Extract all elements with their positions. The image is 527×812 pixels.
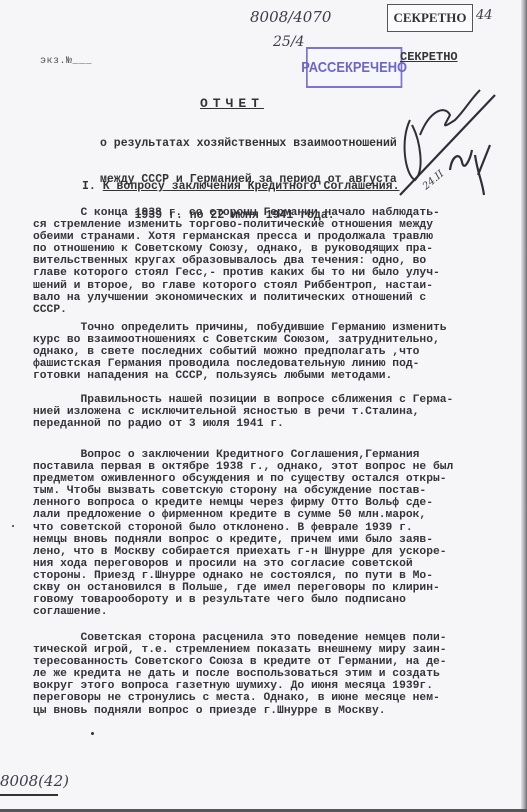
paragraph-line: ся стремление изменить торгово-политичес… xyxy=(33,219,513,231)
signature-icon: 24.II xyxy=(390,80,500,200)
ink-speck xyxy=(12,525,14,527)
paragraph-line: однако, в свете последних событий можно … xyxy=(33,346,513,358)
ink-speck xyxy=(91,732,94,735)
paragraph-line: что советской стороной было отклонено. В… xyxy=(33,522,513,534)
paragraph-line: говому товарообороту и в результате чего… xyxy=(33,594,513,606)
subtitle-line: о результатах хозяйственных взаимоотноше… xyxy=(100,138,397,150)
paragraph-line: нией изложена с исключительной ясностью … xyxy=(33,406,513,418)
section-heading: I. К вопросу заключения Кредитного Согла… xyxy=(82,180,399,193)
declassified-stamp-text: РАССЕКРЕЧЕНО xyxy=(301,59,407,76)
registration-date: 25/4 xyxy=(273,34,304,50)
paragraph-line: вало на улучшении экономических и полити… xyxy=(33,292,513,304)
paragraph-line: переданной по радио от 3 июля 1941 г. xyxy=(33,418,513,430)
paragraph-line: тической игрой, т.е. стремлением показат… xyxy=(33,644,513,656)
archive-mark-underline xyxy=(0,794,58,796)
secret-stamp: СЕКРЕТНО xyxy=(387,4,473,32)
paragraph-line: обеими странами. Хотя германская пресса … xyxy=(33,231,513,243)
declassified-stamp: РАССЕКРЕЧЕНО xyxy=(306,47,402,88)
paragraph-line: цы вновь подняли вопрос о приезде г.Шнур… xyxy=(33,705,513,717)
paragraph-line: предметом оживленного обсуждения и по су… xyxy=(33,473,513,485)
paragraph-4: Вопрос о заключении Кредитного Соглашени… xyxy=(33,449,513,618)
document-title: ОТЧЕТ xyxy=(200,96,264,111)
paragraph-line: лено, что в Москву собирается приехать г… xyxy=(33,546,513,558)
document-page: 8008/4070 25/4 СЕКРЕТНО 44 экз.№___ РАСС… xyxy=(0,0,527,812)
paragraph-line: курс во взаимоотношениях с Советским Сою… xyxy=(33,334,513,346)
paragraph-line: по отношению к Советскому Союзу, однако,… xyxy=(33,243,513,255)
paragraph-line: немцы вновь подняли вопрос о кредите, пр… xyxy=(33,534,513,546)
copy-number-label: экз.№___ xyxy=(40,56,92,67)
page-number: 44 xyxy=(476,8,493,23)
paragraph-line: ленного вопроса о кредите немцы через фи… xyxy=(33,497,513,509)
paragraph-1: С конца 1938 г. со стороны Германии нача… xyxy=(33,207,513,316)
paragraph-line: фашистская Германия проводила последоват… xyxy=(33,358,513,370)
paragraph-line: готовки нападения на СССР, пользуясь люб… xyxy=(33,370,513,382)
paragraph-line: тым. Чтобы вызвать советскую сторону на … xyxy=(33,485,513,497)
paragraph-line: ния хода переговоров и просили на это со… xyxy=(33,558,513,570)
archive-mark: 8008(42) xyxy=(0,772,69,790)
paragraph-2: Точно определить причины, побудившие Гер… xyxy=(33,322,513,382)
paragraph-line: стороны. Приезд г.Шнурре однако не состо… xyxy=(33,570,513,582)
paragraph-line: вокруг этого вопроса газетную шумиху. До… xyxy=(33,680,513,692)
paragraph-line: лали предложение о фирменном кредите в с… xyxy=(33,509,513,521)
paragraph-line: переговоры не стронулись с места. Однако… xyxy=(33,692,513,704)
paragraph-line: С конца 1938 г. со стороны Германии нача… xyxy=(33,207,513,219)
paragraph-5: Советская сторона расценила это поведени… xyxy=(33,632,513,717)
paragraph-line: соглашение. xyxy=(33,606,513,618)
secret-typed-label: СЕКРЕТНО xyxy=(400,50,458,64)
secret-stamp-text: СЕКРЕТНО xyxy=(394,10,467,26)
paragraph-line: Правильность нашей позиции в вопросе сбл… xyxy=(33,394,513,406)
paragraph-line: Советская сторона расценила это поведени… xyxy=(33,632,513,644)
paragraph-line: шений и второе, во главе которого стоял … xyxy=(33,280,513,292)
paragraph-line: главе которого стоял Гесс,- против каких… xyxy=(33,267,513,279)
paragraph-3: Правильность нашей позиции в вопросе сбл… xyxy=(33,394,513,430)
paragraph-line: СССР. xyxy=(33,304,513,316)
section-number: I. xyxy=(82,180,96,193)
paragraph-line: тересованность Советского Союза в кредит… xyxy=(33,656,513,668)
paragraph-line: поставила первая в октябре 1938 г., одна… xyxy=(33,461,513,473)
paragraph-line: ле же кредита не дать и после воспользов… xyxy=(33,668,513,680)
page-edge-right xyxy=(521,0,527,812)
paragraph-line: Точно определить причины, побудившие Гер… xyxy=(33,322,513,334)
section-title: К вопросу заключения Кредитного Соглашен… xyxy=(103,180,400,193)
paragraph-line: Вопрос о заключении Кредитного Соглашени… xyxy=(33,449,513,461)
paragraph-line: скву он остановился в Польше, где имел п… xyxy=(33,582,513,594)
paragraph-line: вительственных кругах образовывалось два… xyxy=(33,255,513,267)
archive-mark-text: 8008(42) xyxy=(0,772,69,790)
signature-note: 24.II xyxy=(420,168,447,193)
registration-number: 8008/4070 xyxy=(250,8,331,26)
